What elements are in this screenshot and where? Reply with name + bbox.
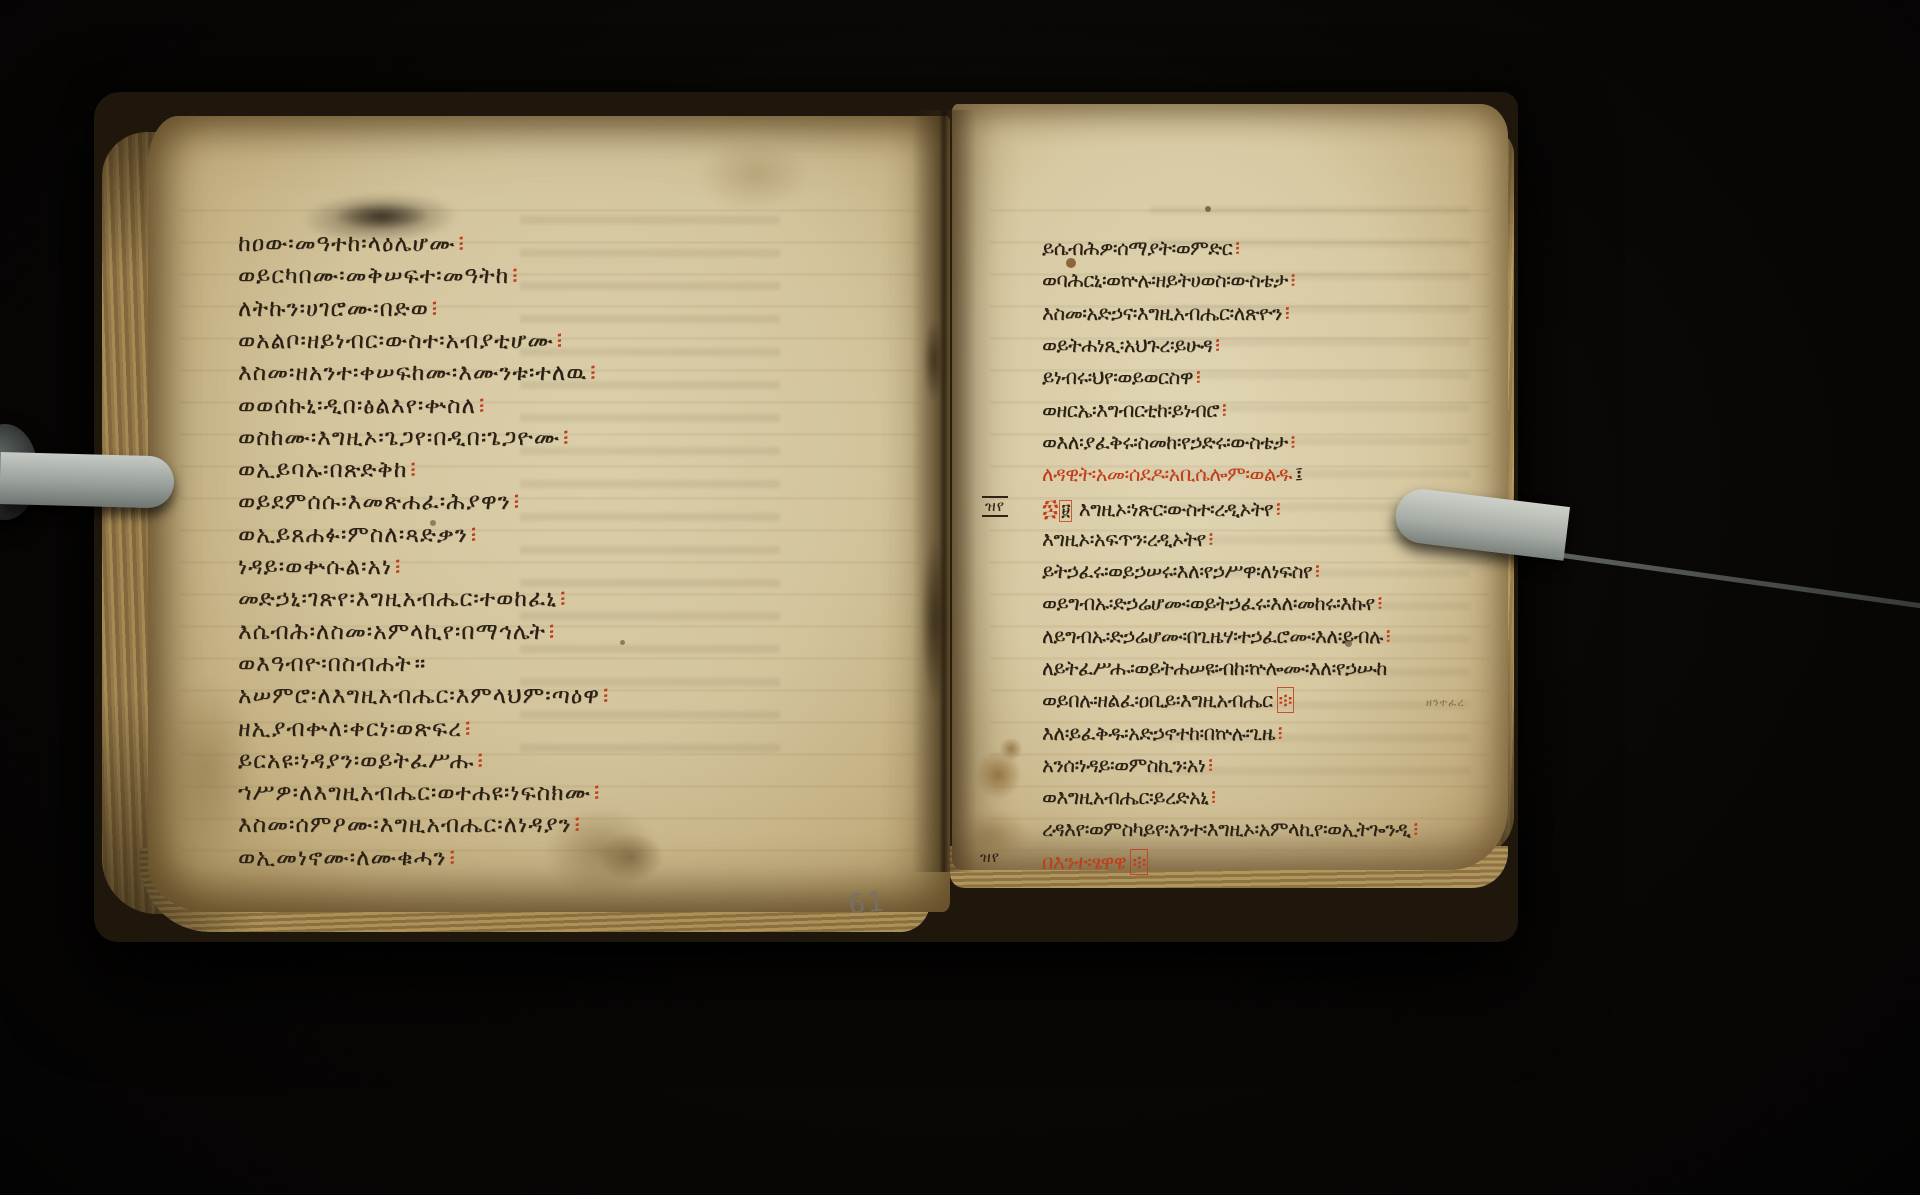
text-line: ወአልቦ፡ዘይነብር፡ውስተ፡አብያቲሆሙ፧ (238, 328, 563, 356)
text-line: ወእዓብዮ፡በስብሐት። (238, 651, 426, 679)
verse-divider-mark: ፧ (594, 780, 600, 806)
text-line: እግዚኦ፡አፍጥን፡ረዲኦትየ፧ (1042, 527, 1213, 551)
verse-divider-mark: ፧ (590, 360, 596, 386)
verse-divider-mark: ፧ (477, 748, 483, 774)
margin-note-zeye-mid: ዝየ (982, 496, 1008, 517)
verse-divider-mark: ፧ (557, 328, 563, 354)
text-line: ወኢመነኖሙ፡ለሙቁሓን፧ (238, 845, 456, 873)
verse-text: ለይትፈሥሑ፡ወይትሐሠዩ፡ብከ፡ኵሎሙ፡እለ፡የኃሡከ (1042, 656, 1387, 680)
text-line: ወይትሐነጺ፡አህጉረ፡ይሁዳ፧ (1042, 333, 1219, 357)
verse-text: ይነብሩ፡ህየ፡ወይወርስዋ (1042, 365, 1193, 389)
verse-divider-mark: ፧ (1276, 497, 1280, 521)
verse-text: ረዳእየ፡ወምስካይየ፡አንተ፡እግዚኦ፡አምላኪየ፡ወኢትጐንዲ (1042, 817, 1411, 841)
verse-divider-mark: ፧ (1215, 333, 1219, 357)
text-line: ይሴብሕዎ፡ሰማያት፡ወምድር፧ (1042, 236, 1239, 260)
text-line: ዘኢያብቍለ፡ቀርነ፡ወጽፍረ፧ (238, 716, 471, 744)
verse-divider-mark: ፨ (1277, 687, 1295, 713)
text-line: ወይርካበሙ፡መቅሠፍተ፡መዓትከ፧ (238, 263, 519, 291)
verse-text: ወይበሉ፡ዘልፈ፡ዐቢይ፡እግዚአብሔር (1042, 688, 1273, 712)
text-line: ወኢይጸሐፉ፡ምስለ፡ጻድቃን፧ (238, 522, 477, 550)
text-line: እስመ፡ዘአንተ፡ቀሠፍከሙ፡እሙንቱ፡ተለዉ፧ (238, 360, 597, 388)
text-line: መድኃኒ፡ገጽየ፡እግዚአብሔር፡ተወከፈኒ፧ (238, 586, 567, 614)
psalm-number-dark: ፱ (1059, 500, 1072, 522)
verse-text: ይሴብሕዎ፡ሰማያት፡ወምድር (1042, 236, 1232, 260)
page-weight-strap-left (0, 452, 175, 509)
verse-divider-mark: ። (415, 651, 427, 677)
verse-divider-mark: ፧ (1386, 624, 1390, 648)
verse-text: ነዳይ፡ወቍሱል፡አነ (238, 554, 392, 580)
verse-text: ወይግብኡ፡ድኃሬሆሙ፡ወይትኃፈሩ፡እለ፡መከሩ፡እኩየ (1042, 591, 1375, 615)
verse-text: እለ፡ይፈቅዱ፡አድኃኖተከ፡በኵሉ፡ጊዜ (1042, 721, 1275, 745)
verse-text: እሴብሕ፡ለስመ፡አምላኪየ፡በማኅሌት (238, 619, 546, 645)
verse-divider-mark: ፧ (479, 393, 485, 419)
verse-text: ወእለ፡ያፈቅሩ፡ስመከ፡የኃድሩ፡ውስቴታ (1042, 430, 1288, 454)
verse-text: ለትኩን፡ሀገሮሙ፡በድወ (238, 296, 429, 322)
page-weight-cord-right (1556, 552, 1920, 610)
verse-divider-mark: ፧ (575, 812, 581, 838)
verse-text: ወእዓብዮ፡በስብሐት (238, 651, 412, 677)
verse-divider-mark: ፧ (1278, 721, 1282, 745)
rubric-text: ለዳዊት፡አመ፡ሰደዶ፡አቢሴሎም፡ወልዱ (1042, 462, 1292, 486)
verse-text: ለይግብኡ፡ድኃሬሆሙ፡በጊዜሃ፡ተኃፈሮሙ፡እለ፡ይብሉ (1042, 624, 1383, 648)
text-line: ወዘርኤ፡እግብርቲከ፡ይነብሮ፧ (1042, 398, 1226, 422)
verse-divider-mark: ፧ (1235, 236, 1239, 260)
verse-divider-mark: ፧ (1414, 817, 1418, 841)
verse-text: ዘኢያብቍለ፡ቀርነ፡ወጽፍረ (238, 716, 462, 742)
text-line: ለይትፈሥሑ፡ወይትሐሠዩ፡ብከ፡ኵሎሙ፡እለ፡የኃሡከ (1042, 656, 1387, 680)
text-line: ወይበሉ፡ዘልፈ፡ዐቢይ፡እግዚአብሔር፨ (1042, 688, 1294, 712)
verse-divider-mark: ፧ (563, 425, 569, 451)
verse-text: ይትኃፈሩ፡ወይኃሠሩ፡እለ፡የኃሥዋ፡ለነፍስየ (1042, 559, 1312, 583)
verse-divider-mark: ፧ (549, 619, 555, 645)
verse-divider-mark: ፧ (1378, 591, 1382, 615)
text-line: ይነብሩ፡ህየ፡ወይወርስዋ፧ (1042, 365, 1200, 389)
verse-text: ከዐው፡መዓተከ፡ላዕሌሆሙ (238, 231, 456, 257)
text-line: አንሰ፡ነዳይ፡ወምስኪን፡አነ፧ (1042, 753, 1213, 777)
verse-divider-mark: ፧ (1291, 268, 1295, 292)
text-line: እሴብሕ፡ለስመ፡አምላኪየ፡በማኅሌት፧ (238, 619, 555, 647)
text-line: ወባሕርኒ፡ወኵሉ፡ዘይትሀወስ፡ውስቴታ፧ (1042, 268, 1295, 292)
text-line: ለይግብኡ፡ድኃሬሆሙ፡በጊዜሃ፡ተኃፈሮሙ፡እለ፡ይብሉ፧ (1042, 624, 1390, 648)
verse-divider-mark: ፧ (432, 296, 438, 322)
verse-text: እግዚኦ፡ነጽር፡ውስተ፡ረዲኦትየ (1079, 497, 1273, 521)
verse-text: ወባሕርኒ፡ወኵሉ፡ዘይትሀወስ፡ውስቴታ (1042, 268, 1288, 292)
verse-text: እግዚኦ፡አፍጥን፡ረዲኦትየ (1042, 527, 1206, 551)
text-line: በእንተ፡ፄዋዌ፨ (1042, 850, 1148, 874)
text-line: ወይግብኡ፡ድኃሬሆሙ፡ወይትኃፈሩ፡እለ፡መከሩ፡እኩየ፧ (1042, 591, 1382, 615)
verse-text: እስመ፡ዘአንተ፡ቀሠፍከሙ፡እሙንቱ፡ተለዉ (238, 360, 587, 386)
text-line: እስመ፡አድኃና፡እግዚአብሔር፡ለጽዮን፧ (1042, 301, 1289, 325)
verse-divider-mark: ፧ (1222, 398, 1226, 422)
verse-text: ወአልቦ፡ዘይነብር፡ውስተ፡አብያቲሆሙ (238, 328, 554, 354)
verse-divider-mark: ፧ (410, 457, 416, 483)
text-line: ለትኩን፡ሀገሮሙ፡በድወ፧ (238, 296, 438, 324)
text-line: ነዳይ፡ወቍሱል፡አነ፧ (238, 554, 401, 582)
verse-text: ወስከሙ፡እግዚኦ፡ጌጋየ፡በዲበ፡ጌጋዮሙ (238, 425, 560, 451)
text-line: ወኢይባኡ፡በጽድቅከ፧ (238, 457, 417, 485)
verse-text: ወኢመነኖሙ፡ለሙቁሓን (238, 845, 446, 871)
verse-text: ወእግዚአብሔር፡ይረድአኒ (1042, 785, 1208, 809)
rubric-text: በእንተ፡ፄዋዌ (1042, 850, 1126, 874)
verse-divider-mark: ፧ (449, 845, 455, 871)
verse-divider-mark: ፧ (465, 716, 471, 742)
verse-divider-mark: ፧ (560, 586, 566, 612)
verse-text: መድኃኒ፡ገጽየ፡እግዚአብሔር፡ተወከፈኒ (238, 586, 557, 612)
verse-divider-mark: ፧ (1209, 527, 1213, 551)
text-line: ይርአዩ፡ነዳያን፡ወይትፈሥሑ፧ (238, 748, 484, 776)
verse-divider-mark: ፧ (395, 554, 401, 580)
margin-note-zeye-bottom: ዝየ (980, 849, 1000, 866)
verse-text: ወኢይባኡ፡በጽድቅከ (238, 457, 407, 483)
verse-text: ይርአዩ፡ነዳያን፡ወይትፈሥሑ (238, 748, 474, 774)
verse-divider-mark: ፧ (512, 263, 518, 289)
gutter-fold (912, 110, 976, 872)
verse-text: እስመ፡አድኃና፡እግዚአብሔር፡ለጽዮን (1042, 301, 1282, 325)
verse-divider-mark: ፧ (603, 683, 609, 709)
text-line: ወእለ፡ያፈቅሩ፡ስመከ፡የኃድሩ፡ውስቴታ፧ (1042, 430, 1295, 454)
verse-divider-mark: ፧ (471, 522, 477, 548)
manuscript-photograph: ከዐው፡መዓተከ፡ላዕሌሆሙ፧ወይርካበሙ፡መቅሠፍተ፡መዓትከ፧ለትኩን፡ሀገ… (0, 0, 1920, 1195)
verse-text: ወኢይጸሐፉ፡ምስለ፡ጻድቃን (238, 522, 468, 548)
text-line: እለ፡ይፈቅዱ፡አድኃኖተከ፡በኵሉ፡ጊዜ፧ (1042, 721, 1282, 745)
verse-text: አሠምሮ፡ለእግዚአብሔር፡እምላህም፡ጣዕዋ (238, 683, 600, 709)
verse-text: እስመ፡ሰምዖሙ፡እግዚአብሔር፡ለነዳያን (238, 812, 572, 838)
verse-divider-mark: ፤ (1295, 462, 1303, 486)
text-line: አሠምሮ፡ለእግዚአብሔር፡እምላህም፡ጣዕዋ፧ (238, 683, 609, 711)
verse-text: ወይርካበሙ፡መቅሠፍተ፡መዓትከ (238, 263, 509, 289)
text-line: ከዐው፡መዓተከ፡ላዕሌሆሙ፧ (238, 231, 465, 259)
verse-text: ወወሰኩኒ፡ዲበ፡ፅልእየ፡ቍስለ (238, 393, 476, 419)
text-line: ወይደምሰሱ፡እመጽሐፈ፡ሕያዋን፧ (238, 489, 520, 517)
pencil-folio-number: 61 (847, 886, 888, 920)
text-line: ይትኃፈሩ፡ወይኃሠሩ፡እለ፡የኃሥዋ፡ለነፍስየ፧ (1042, 559, 1319, 583)
text-line: ወስከሙ፡እግዚኦ፡ጌጋየ፡በዲበ፡ጌጋዮሙ፧ (238, 425, 570, 453)
verse-text: ወይደምሰሱ፡እመጽሐፈ፡ሕያዋን (238, 489, 511, 515)
verse-divider-mark: ፧ (514, 489, 520, 515)
text-line: እስመ፡ሰምዖሙ፡እግዚአብሔር፡ለነዳያን፧ (238, 812, 581, 840)
verse-divider-mark: ፧ (459, 231, 465, 257)
faded-marginal-gloss: ዘንተፈረ (1426, 696, 1465, 710)
verse-divider-mark: ፧ (1196, 365, 1200, 389)
text-line: ፷፱እግዚኦ፡ነጽር፡ውስተ፡ረዲኦትየ፧ (1042, 494, 1280, 523)
text-line: ወወሰኩኒ፡ዲበ፡ፅልእየ፡ቍስለ፧ (238, 393, 485, 421)
verse-text: ወይትሐነጺ፡አህጉረ፡ይሁዳ (1042, 333, 1212, 357)
text-line: ረዳእየ፡ወምስካይየ፡አንተ፡እግዚኦ፡አምላኪየ፡ወኢትጐንዲ፧ (1042, 817, 1418, 841)
right-page-parchment (952, 104, 1508, 870)
verse-text: ወዘርኤ፡እግብርቲከ፡ይነብሮ (1042, 398, 1219, 422)
verse-divider-mark: ፧ (1291, 430, 1295, 454)
text-line: ወእግዚአብሔር፡ይረድአኒ፧ (1042, 785, 1216, 809)
verse-text: ኀሥዎ፡ለእግዚአብሔር፡ወተሐዩ፡ነፍስክሙ (238, 780, 591, 806)
verse-divider-mark: ፧ (1208, 753, 1212, 777)
verse-text: አንሰ፡ነዳይ፡ወምስኪን፡አነ (1042, 753, 1205, 777)
verse-divider-mark: ፧ (1315, 559, 1319, 583)
text-line: ለዳዊት፡አመ፡ሰደዶ፡አቢሴሎም፡ወልዱ፤ (1042, 462, 1303, 486)
verse-divider-mark: ፨ (1130, 849, 1148, 875)
psalm-number-red: ፷ (1042, 494, 1058, 522)
verse-divider-mark: ፧ (1211, 785, 1215, 809)
verse-divider-mark: ፧ (1285, 301, 1289, 325)
text-line: ኀሥዎ፡ለእግዚአብሔር፡ወተሐዩ፡ነፍስክሙ፧ (238, 780, 600, 808)
